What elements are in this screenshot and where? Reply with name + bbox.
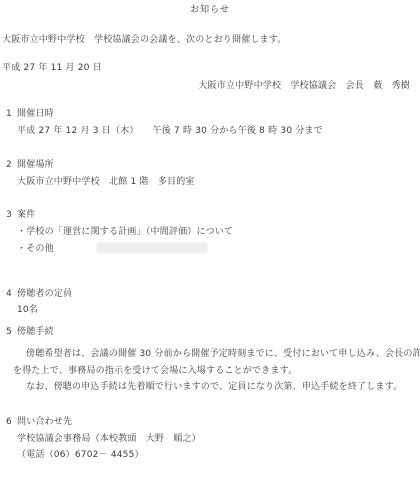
signature-line: 大阪市立中野中学校 学校協議会 会長 薮 秀樹 <box>198 81 410 92</box>
contact-phone-line: （電話（06）6702－ 4455） <box>17 450 144 461</box>
section-1-number: 1 <box>6 109 17 120</box>
issue-date: 平成 27 年 11 月 20 日 <box>2 63 102 74</box>
section-5-heading: 5傍聴手続 <box>6 327 54 338</box>
section-3-bullet-1: ・学校の「運営に関する計画」（中間評価）について <box>17 227 233 238</box>
section-4-body: 10名 <box>17 305 38 316</box>
announcement-document: お知らせ 大阪市立中野中学校 学校協議会の会議を、次のとおり開催します。 平成 … <box>0 0 420 484</box>
section-5-paragraph-line-3: なお、傍聴の申込手続は先着順で行いますので、定員になり次第、申込手続を終了します… <box>26 382 402 393</box>
section-5-paragraph-line-2: を得た上で、事務局の指示を受けて会場に入場することができます。 <box>13 366 297 377</box>
section-6-title: 問い合わせ先 <box>17 417 72 427</box>
section-2-heading: 2開催場所 <box>6 160 54 171</box>
section-4-number: 4 <box>6 289 17 300</box>
section-3-heading: 3案件 <box>6 210 35 221</box>
section-5-title: 傍聴手続 <box>17 327 54 337</box>
section-4-heading: 4傍聴者の定員 <box>6 289 72 300</box>
section-2-title: 開催場所 <box>17 160 54 170</box>
section-6-heading: 6問い合わせ先 <box>6 417 72 428</box>
section-5-number: 5 <box>6 327 17 338</box>
redacted-area <box>96 242 208 253</box>
intro-text: 大阪市立中野中学校 学校協議会の会議を、次のとおり開催します。 <box>2 35 286 46</box>
page-title: お知らせ <box>0 5 420 16</box>
contact-office-line: 学校協議会事務局（本校教頭 大野 順之） <box>17 434 201 445</box>
section-3-number: 3 <box>6 210 17 221</box>
section-2-number: 2 <box>6 160 17 171</box>
section-1-body: 平成 27 年 12 月 3 日（木） 午後 7 時 30 分から午後 8 時 … <box>17 126 323 137</box>
section-3-bullet-2: ・その他 <box>17 244 54 255</box>
section-3-title: 案件 <box>17 210 35 220</box>
section-6-number: 6 <box>6 417 17 428</box>
section-4-title: 傍聴者の定員 <box>17 289 72 299</box>
section-5-paragraph-line-1: 傍聴希望者は、会議の開催 30 分前から開催予定時刻までに、受付において申し込み… <box>26 349 420 360</box>
section-2-body: 大阪市立中野中学校 北館 1 階 多目的室 <box>17 177 195 188</box>
section-1-heading: 1開催日時 <box>6 109 54 120</box>
section-1-title: 開催日時 <box>17 109 54 119</box>
